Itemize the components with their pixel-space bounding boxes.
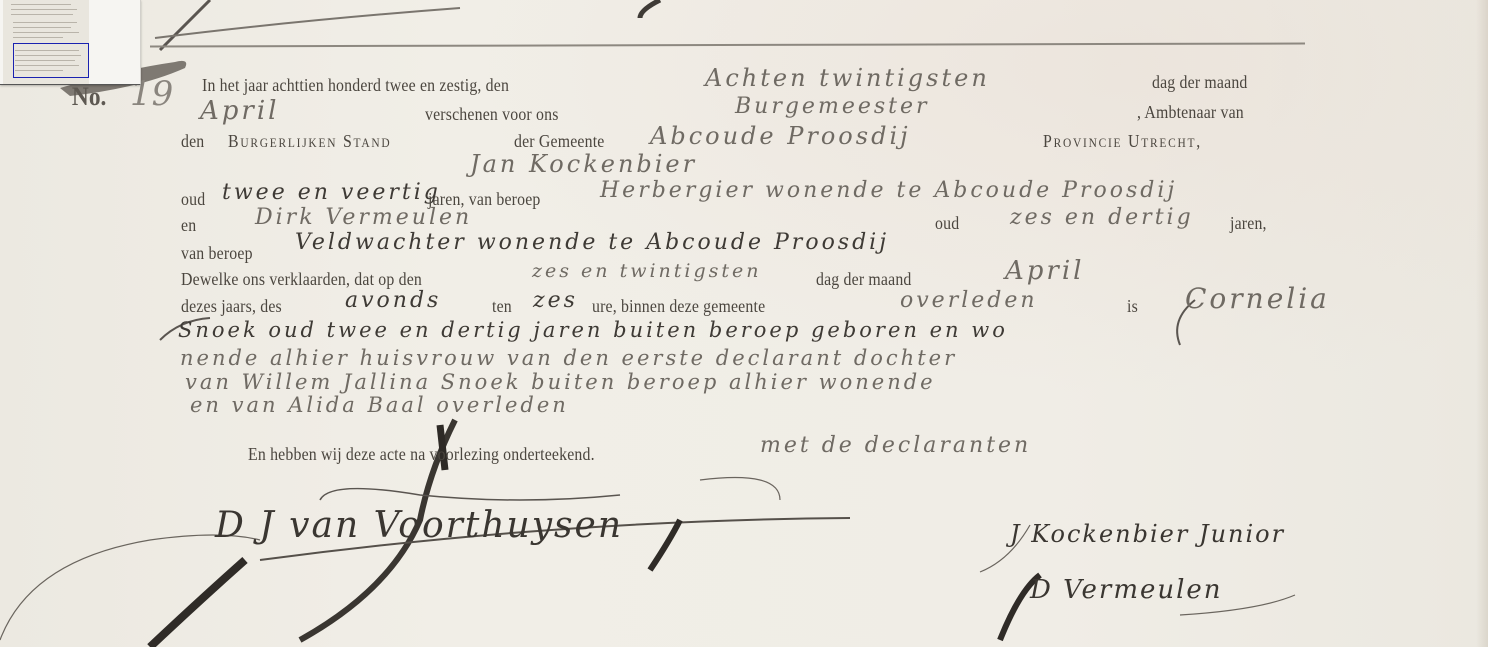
printed-line-9a: dezes jaars, des [181,296,282,317]
handwritten-official-title: Burgemeester [735,94,930,119]
handwritten-closing-note: met de declaranten [760,433,1031,458]
printed-line-1b: dag der maand [1152,72,1248,93]
signature-declarant-1: J Kockenbier Junior [1010,520,1285,548]
handwritten-hour: zes [533,288,578,313]
printed-line-9b: ten [492,296,512,317]
printed-line-9c: ure, binnen deze gemeente [592,296,765,317]
signature-official: D J van Voorthuysen [215,505,623,546]
printed-line-6c: jaren, [1230,213,1267,234]
printed-line-2a: verschenen voor ons [425,104,559,125]
printed-line-2b: , Ambtenaar van [1137,102,1244,123]
page-overview-minimap[interactable] [0,0,141,85]
handwritten-death-month: April [1005,256,1084,286]
handwritten-declarant-2-name: Dirk Vermeulen [255,205,472,230]
handwritten-deceased-first-name: Cornelia [1185,282,1330,315]
printed-line-6b: oud [935,213,959,234]
handwritten-declarant-1-name: Jan Kockenbier [470,150,697,178]
handwritten-deceased-details-2: nende alhier huisvrouw van den eerste de… [180,346,957,370]
handwritten-event: overleden [900,288,1038,313]
printed-line-6a: en [181,215,196,236]
printed-line-1a: In het jaar achttien honderd twee en zes… [202,75,509,96]
minimap-viewport-indicator[interactable] [13,43,89,78]
printed-line-3a: den [181,131,204,152]
printed-burgerlijken-stand: Burgerlijken Stand [228,131,391,152]
printed-line-8a: Dewelke ons verklaarden, dat op den [181,269,422,290]
handwritten-declarant-2-occupation: Veldwachter wonende te Abcoude Proosdij [295,230,889,255]
printed-line-5a: oud [181,189,205,210]
handwritten-declarant-1-occupation: Herbergier wonende te Abcoude Proosdij [600,178,1177,203]
handwritten-deceased-details-1: Snoek oud twee en dertig jaren buiten be… [178,318,1008,342]
handwritten-municipality: Abcoude Proosdij [650,122,911,150]
handwritten-declarant-2-age: zes en dertig [1010,205,1194,230]
handwritten-death-day: zes en twintigsten [532,260,762,282]
record-number-label: No. [72,82,106,112]
handwritten-day: Achten twintigsten [705,64,990,92]
printed-provincie-utrecht: Provincie Utrecht, [1043,131,1202,152]
printed-line-8b: dag der maand [816,269,912,290]
handwritten-deceased-parents-1: van Willem Jallina Snoek buiten beroep a… [185,370,936,394]
handwritten-deceased-parents-2: en van Alida Baal overleden [190,393,569,417]
printed-closing-statement: En hebben wij deze acte na voorlezing on… [248,444,595,465]
signature-declarant-2: D Vermeulen [1030,575,1223,605]
printed-line-3c: der Gemeente [514,131,605,152]
handwritten-month: April [200,96,279,126]
handwritten-time-of-day: avonds [345,288,441,313]
handwritten-declarant-1-age: twee en veertig [222,180,441,205]
printed-line-7: van beroep [181,243,253,264]
printed-line-9d: is [1127,296,1138,317]
document-page: No. 19 In het jaar achttien honderd twee… [0,0,1488,647]
